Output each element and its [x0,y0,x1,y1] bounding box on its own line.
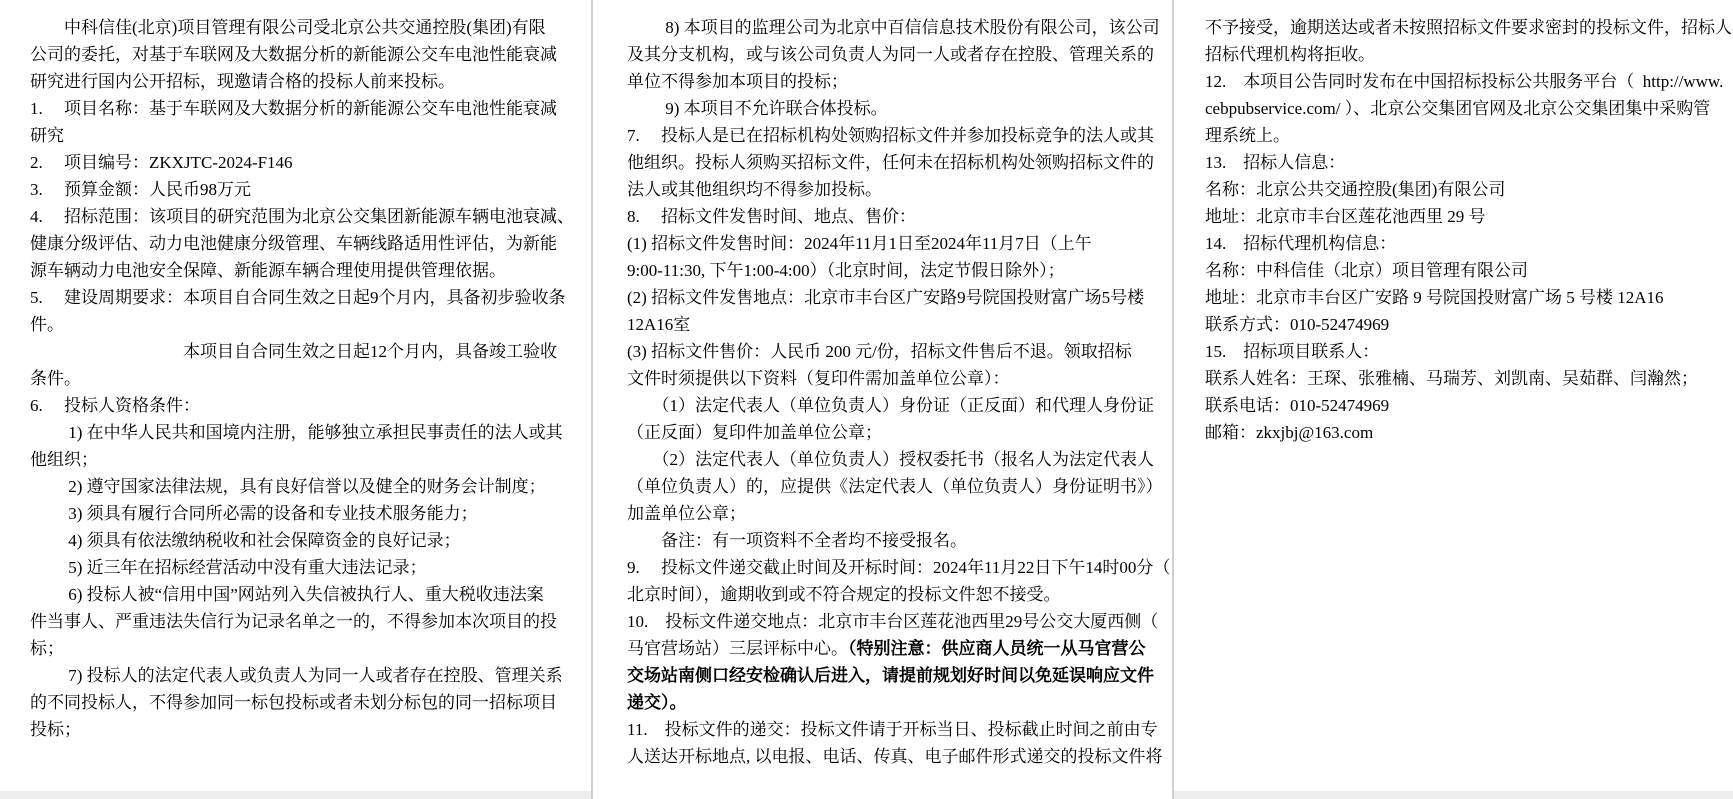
text-line: 投标； [30,716,574,743]
text-run: 8) 本项目的监理公司为北京中百信信息技术股份有限公司，该公司 [627,18,1160,37]
text-run-bold: 递交）。 [627,693,687,712]
text-run: 6. 投标人资格条件： [30,396,200,415]
text-line: 本项目自合同生效之日起12个月内，具备竣工验收 [30,338,574,365]
text-run: 法人或其他组织均不得参加投标。 [627,180,882,199]
text-run: 文件时须提供以下资料（复印件需加盖单位公章）： [627,369,1010,388]
text-line: 2. 项目编号：ZKXJTC-2024-F146 [30,149,574,176]
text-line: 件。 [30,311,574,338]
text-run: 11. 投标文件的递交：投标文件请于开标当日、投标截止时间之前由专 [627,720,1158,739]
text-line: （正反面）复印件加盖单位公章； [627,419,1170,446]
text-run: 10. 投标文件递交地点：北京市丰台区莲花池西里29号公交大厦西侧（ [627,612,1158,631]
text-line: (2) 招标文件发售地点：北京市丰台区广安路9号院国投财富广场5号楼 [627,284,1170,311]
text-line: 邮箱：zkxjbj@163.com [1205,419,1733,446]
text-line: 12A16室 [627,311,1170,338]
text-line: 件当事人、严重违法失信行为记录名单之一的，不得参加本次项目的投 [30,608,574,635]
text-line: 地址：北京市丰台区莲花池西里 29 号 [1205,203,1733,230]
text-line: 人送达开标地点, 以电报、电话、传真、电子邮件形式递交的投标文件将 [627,743,1170,770]
text-run: 6) 投标人被“信用中国”网站列入失信被执行人、重大税收违法案 [30,585,544,604]
text-run: 不予接受，逾期送达或者未按照招标文件要求密封的投标文件，招标人、 [1205,18,1733,37]
page-bottom-margin [0,791,591,799]
text-line: 3) 须具有履行合同所必需的设备和专业技术服务能力； [30,500,574,527]
text-run: 北京时间），逾期收到或不符合规定的投标文件恕不接受。 [627,585,1061,604]
text-line: 联系电话：010-52474969 [1205,392,1733,419]
text-run: 2) 遵守国家法律法规，具有良好信誉以及健全的财务会计制度； [30,477,546,496]
text-line: 法人或其他组织均不得参加投标。 [627,176,1170,203]
text-line: 7. 投标人是已在招标机构处领购招标文件并参加投标竞争的法人或其 [627,122,1170,149]
text-run: 1. 项目名称：基于车联网及大数据分析的新能源公交车电池性能衰减 [30,99,557,118]
text-run: 理系统上。 [1205,126,1290,145]
text-run: 9. 投标文件递交截止时间及开标时间：2024年11月22日下午14时00分（ [627,558,1170,577]
text-run: 加盖单位公章； [627,504,746,523]
text-run: 5) 近三年在招标经营活动中没有重大违法记录； [30,558,427,577]
text-run: 13. 招标人信息： [1205,153,1345,172]
text-line: 1) 在中华人民共和国境内注册，能够独立承担民事责任的法人或其 [30,419,574,446]
text-run: 邮箱：zkxjbj@163.com [1205,423,1373,442]
text-line: 8) 本项目的监理公司为北京中百信信息技术股份有限公司，该公司 [627,14,1170,41]
text-run: （2）法定代表人（单位负责人）授权委托书（报名人为法定代表人 [627,450,1154,469]
text-column-right: 不予接受，逾期送达或者未按照招标文件要求密封的投标文件，招标人、招标代理机构将拒… [1205,14,1733,446]
text-line: 加盖单位公章； [627,500,1170,527]
text-line: 6. 投标人资格条件： [30,392,574,419]
text-run: 公司的委托，对基于车联网及大数据分析的新能源公交车电池性能衰减 [30,45,557,64]
text-run: 1) 在中华人民共和国境内注册，能够独立承担民事责任的法人或其 [30,423,563,442]
text-run: 5. 建设周期要求：本项目自合同生效之日起9个月内，具备初步验收条 [30,288,566,307]
text-line: 研究 [30,122,574,149]
text-run: 7. 投标人是已在招标机构处领购招标文件并参加投标竞争的法人或其 [627,126,1154,145]
text-run: 3) 须具有履行合同所必需的设备和专业技术服务能力； [30,504,478,523]
text-run: 投标； [30,720,81,739]
text-run: 9:00-11:30, 下午1:00-4:00）（北京时间，法定节假日除外）； [627,261,1065,280]
text-run: 4. 招标范围：该项目的研究范围为北京公交集团新能源车辆电池衰减、 [30,207,574,226]
text-line: 源车辆动力电池安全保障、新能源车辆合理使用提供管理依据。 [30,257,574,284]
text-run: 名称：北京公共交通控股(集团)有限公司 [1205,180,1505,199]
text-run: (2) 招标文件发售地点：北京市丰台区广安路9号院国投财富广场5号楼 [627,288,1144,307]
text-line: 10. 投标文件递交地点：北京市丰台区莲花池西里29号公交大厦西侧（ [627,608,1170,635]
text-run: （1）法定代表人（单位负责人）身份证（正反面）和代理人身份证 [627,396,1154,415]
text-line: 14. 招标代理机构信息： [1205,230,1733,257]
text-line: 7) 投标人的法定代表人或负责人为同一人或者存在控股、管理关系 [30,662,574,689]
text-run: 及其分支机构，或与该公司负责人为同一人或者存在控股、管理关系的 [627,45,1154,64]
text-column-left: 中科信佳(北京)项目管理有限公司受北京公共交通控股(集团)有限公司的委托，对基于… [30,14,574,743]
text-run: 马官营场站）三层评标中心。 [627,639,848,658]
text-line: 标； [30,635,574,662]
text-line: 13. 招标人信息： [1205,149,1733,176]
text-line: 备注：有一项资料不全者均不接受报名。 [627,527,1170,554]
text-line: 5. 建设周期要求：本项目自合同生效之日起9个月内，具备初步验收条 [30,284,574,311]
text-run: 件。 [30,315,64,334]
text-run: 备注：有一项资料不全者均不接受报名。 [627,531,967,550]
text-run: 地址：北京市丰台区广安路 9 号院国投财富广场 5 号楼 12A16 [1205,288,1664,307]
text-line: 的不同投标人，不得参加同一标包投标或者未划分标包的同一招标项目 [30,689,574,716]
text-run: 名称：中科信佳（北京）项目管理有限公司 [1205,261,1528,280]
text-line: 4) 须具有依法缴纳税收和社会保障资金的良好记录； [30,527,574,554]
text-line: 9:00-11:30, 下午1:00-4:00）（北京时间，法定节假日除外）； [627,257,1170,284]
text-line: 4. 招标范围：该项目的研究范围为北京公交集团新能源车辆电池衰减、 [30,203,574,230]
text-run: 14. 招标代理机构信息： [1205,234,1396,253]
text-line: 招标代理机构将拒收。 [1205,41,1733,68]
text-run: 他组织。投标人须购买招标文件，任何未在招标机构处领购招标文件的 [627,153,1154,172]
text-line: （单位负责人）的，应提供《法定代表人（单位负责人）身份证明书》） [627,473,1170,500]
text-line: 5) 近三年在招标经营活动中没有重大违法记录； [30,554,574,581]
text-run: （单位负责人）的，应提供《法定代表人（单位负责人）身份证明书》） [627,477,1163,496]
text-line: 不予接受，逾期送达或者未按照招标文件要求密封的投标文件，招标人、 [1205,14,1733,41]
text-run: 本项目自合同生效之日起12个月内，具备竣工验收 [30,342,557,361]
text-line: 名称：北京公共交通控股(集团)有限公司 [1205,176,1733,203]
text-run: 3. 预算金额：人民币98万元 [30,180,251,199]
text-run: 研究进行国内公开招标，现邀请合格的投标人前来投标。 [30,72,455,91]
text-run: 人送达开标地点, 以电报、电话、传真、电子邮件形式递交的投标文件将 [627,747,1163,766]
text-run: 源车辆动力电池安全保障、新能源车辆合理使用提供管理依据。 [30,261,506,280]
text-line: 理系统上。 [1205,122,1733,149]
text-line: 12. 本项目公告同时发布在中国招标投标公共服务平台（ http://www. [1205,68,1733,95]
column-divider [591,0,593,799]
text-run: 2. 项目编号：ZKXJTC-2024-F146 [30,153,293,172]
text-line: 北京时间），逾期收到或不符合规定的投标文件恕不接受。 [627,581,1170,608]
text-run: 中科信佳(北京)项目管理有限公司受北京公共交通控股(集团)有限 [30,18,546,37]
text-run: 联系人姓名：王琛、张雅楠、马瑞芳、刘凯南、吴茹群、闫瀚然； [1205,369,1698,388]
text-line: 他组织。投标人须购买招标文件，任何未在招标机构处领购招标文件的 [627,149,1170,176]
text-line: 健康分级评估、动力电池健康分级管理、车辆线路适用性评估，为新能 [30,230,574,257]
text-run: 7) 投标人的法定代表人或负责人为同一人或者存在控股、管理关系 [30,666,563,685]
text-line: 15. 招标项目联系人： [1205,338,1733,365]
text-line: 2) 遵守国家法律法规，具有良好信誉以及健全的财务会计制度； [30,473,574,500]
text-line: 交场站南侧口经安检确认后进入，请提前规划好时间以免延误响应文件 [627,662,1170,689]
text-run: （正反面）复印件加盖单位公章； [627,423,882,442]
text-run-bold: 交场站南侧口经安检确认后进入，请提前规划好时间以免延误响应文件 [627,666,1154,685]
text-run: cebpubservice.com/ ）、北京公交集团官网及北京公交集团集中采购… [1205,99,1710,118]
text-line: 递交）。 [627,689,1170,716]
text-run: 15. 招标项目联系人： [1205,342,1379,361]
text-run: 的不同投标人，不得参加同一标包投标或者未划分标包的同一招标项目 [30,693,557,712]
document-page: 中科信佳(北京)项目管理有限公司受北京公共交通控股(集团)有限公司的委托，对基于… [0,0,1733,799]
text-line: 9. 投标文件递交截止时间及开标时间：2024年11月22日下午14时00分（ [627,554,1170,581]
text-line: 地址：北京市丰台区广安路 9 号院国投财富广场 5 号楼 12A16 [1205,284,1733,311]
text-line: 9) 本项目不允许联合体投标。 [627,95,1170,122]
text-line: 公司的委托，对基于车联网及大数据分析的新能源公交车电池性能衰减 [30,41,574,68]
text-line: 条件。 [30,365,574,392]
text-run: 联系方式：010-52474969 [1205,315,1389,334]
text-run: 单位不得参加本项目的投标； [627,72,848,91]
text-line: 1. 项目名称：基于车联网及大数据分析的新能源公交车电池性能衰减 [30,95,574,122]
text-line: 3. 预算金额：人民币98万元 [30,176,574,203]
text-run: 标； [30,639,64,658]
text-line: 联系方式：010-52474969 [1205,311,1733,338]
page-bottom-margin [1174,791,1733,799]
text-line: cebpubservice.com/ ）、北京公交集团官网及北京公交集团集中采购… [1205,95,1733,122]
text-line: 11. 投标文件的递交：投标文件请于开标当日、投标截止时间之前由专 [627,716,1170,743]
text-line: 6) 投标人被“信用中国”网站列入失信被执行人、重大税收违法案 [30,581,574,608]
text-line: 8. 招标文件发售时间、地点、售价： [627,203,1170,230]
text-line: （2）法定代表人（单位负责人）授权委托书（报名人为法定代表人 [627,446,1170,473]
text-run: 8. 招标文件发售时间、地点、售价： [627,207,916,226]
text-line: 名称：中科信佳（北京）项目管理有限公司 [1205,257,1733,284]
text-line: 中科信佳(北京)项目管理有限公司受北京公共交通控股(集团)有限 [30,14,574,41]
text-line: 文件时须提供以下资料（复印件需加盖单位公章）： [627,365,1170,392]
text-run: 条件。 [30,369,81,388]
text-run: 12A16室 [627,315,690,334]
text-run: 地址：北京市丰台区莲花池西里 29 号 [1205,207,1486,226]
text-line: 研究进行国内公开招标，现邀请合格的投标人前来投标。 [30,68,574,95]
text-run: 健康分级评估、动力电池健康分级管理、车辆线路适用性评估，为新能 [30,234,557,253]
text-line: 联系人姓名：王琛、张雅楠、马瑞芳、刘凯南、吴茹群、闫瀚然； [1205,365,1733,392]
column-divider [1172,0,1174,799]
text-line: (1) 招标文件发售时间：2024年11月1日至2024年11月7日（上午 [627,230,1170,257]
text-line: 单位不得参加本项目的投标； [627,68,1170,95]
text-run: 研究 [30,126,64,145]
text-run: (1) 招标文件发售时间：2024年11月1日至2024年11月7日（上午 [627,234,1092,253]
text-run: 招标代理机构将拒收。 [1205,45,1375,64]
text-line: 马官营场站）三层评标中心。（特别注意：供应商人员统一从马官营公 [627,635,1170,662]
text-line: 他组织； [30,446,574,473]
text-run: 12. 本项目公告同时发布在中国招标投标公共服务平台（ http://www. [1205,72,1723,91]
text-run: 9) 本项目不允许联合体投标。 [627,99,888,118]
text-line: 及其分支机构，或与该公司负责人为同一人或者存在控股、管理关系的 [627,41,1170,68]
text-run: 他组织； [30,450,98,469]
text-run: 4) 须具有依法缴纳税收和社会保障资金的良好记录； [30,531,461,550]
text-column-middle: 8) 本项目的监理公司为北京中百信信息技术股份有限公司，该公司及其分支机构，或与… [627,14,1170,770]
text-run: (3) 招标文件售价：人民币 200 元/份，招标文件售后不退。领取招标 [627,342,1132,361]
text-line: (3) 招标文件售价：人民币 200 元/份，招标文件售后不退。领取招标 [627,338,1170,365]
text-run-bold: （特别注意：供应商人员统一从马官营公 [848,639,1146,658]
text-run: 联系电话：010-52474969 [1205,396,1389,415]
text-run: 件当事人、严重违法失信行为记录名单之一的，不得参加本次项目的投 [30,612,557,631]
text-line: （1）法定代表人（单位负责人）身份证（正反面）和代理人身份证 [627,392,1170,419]
